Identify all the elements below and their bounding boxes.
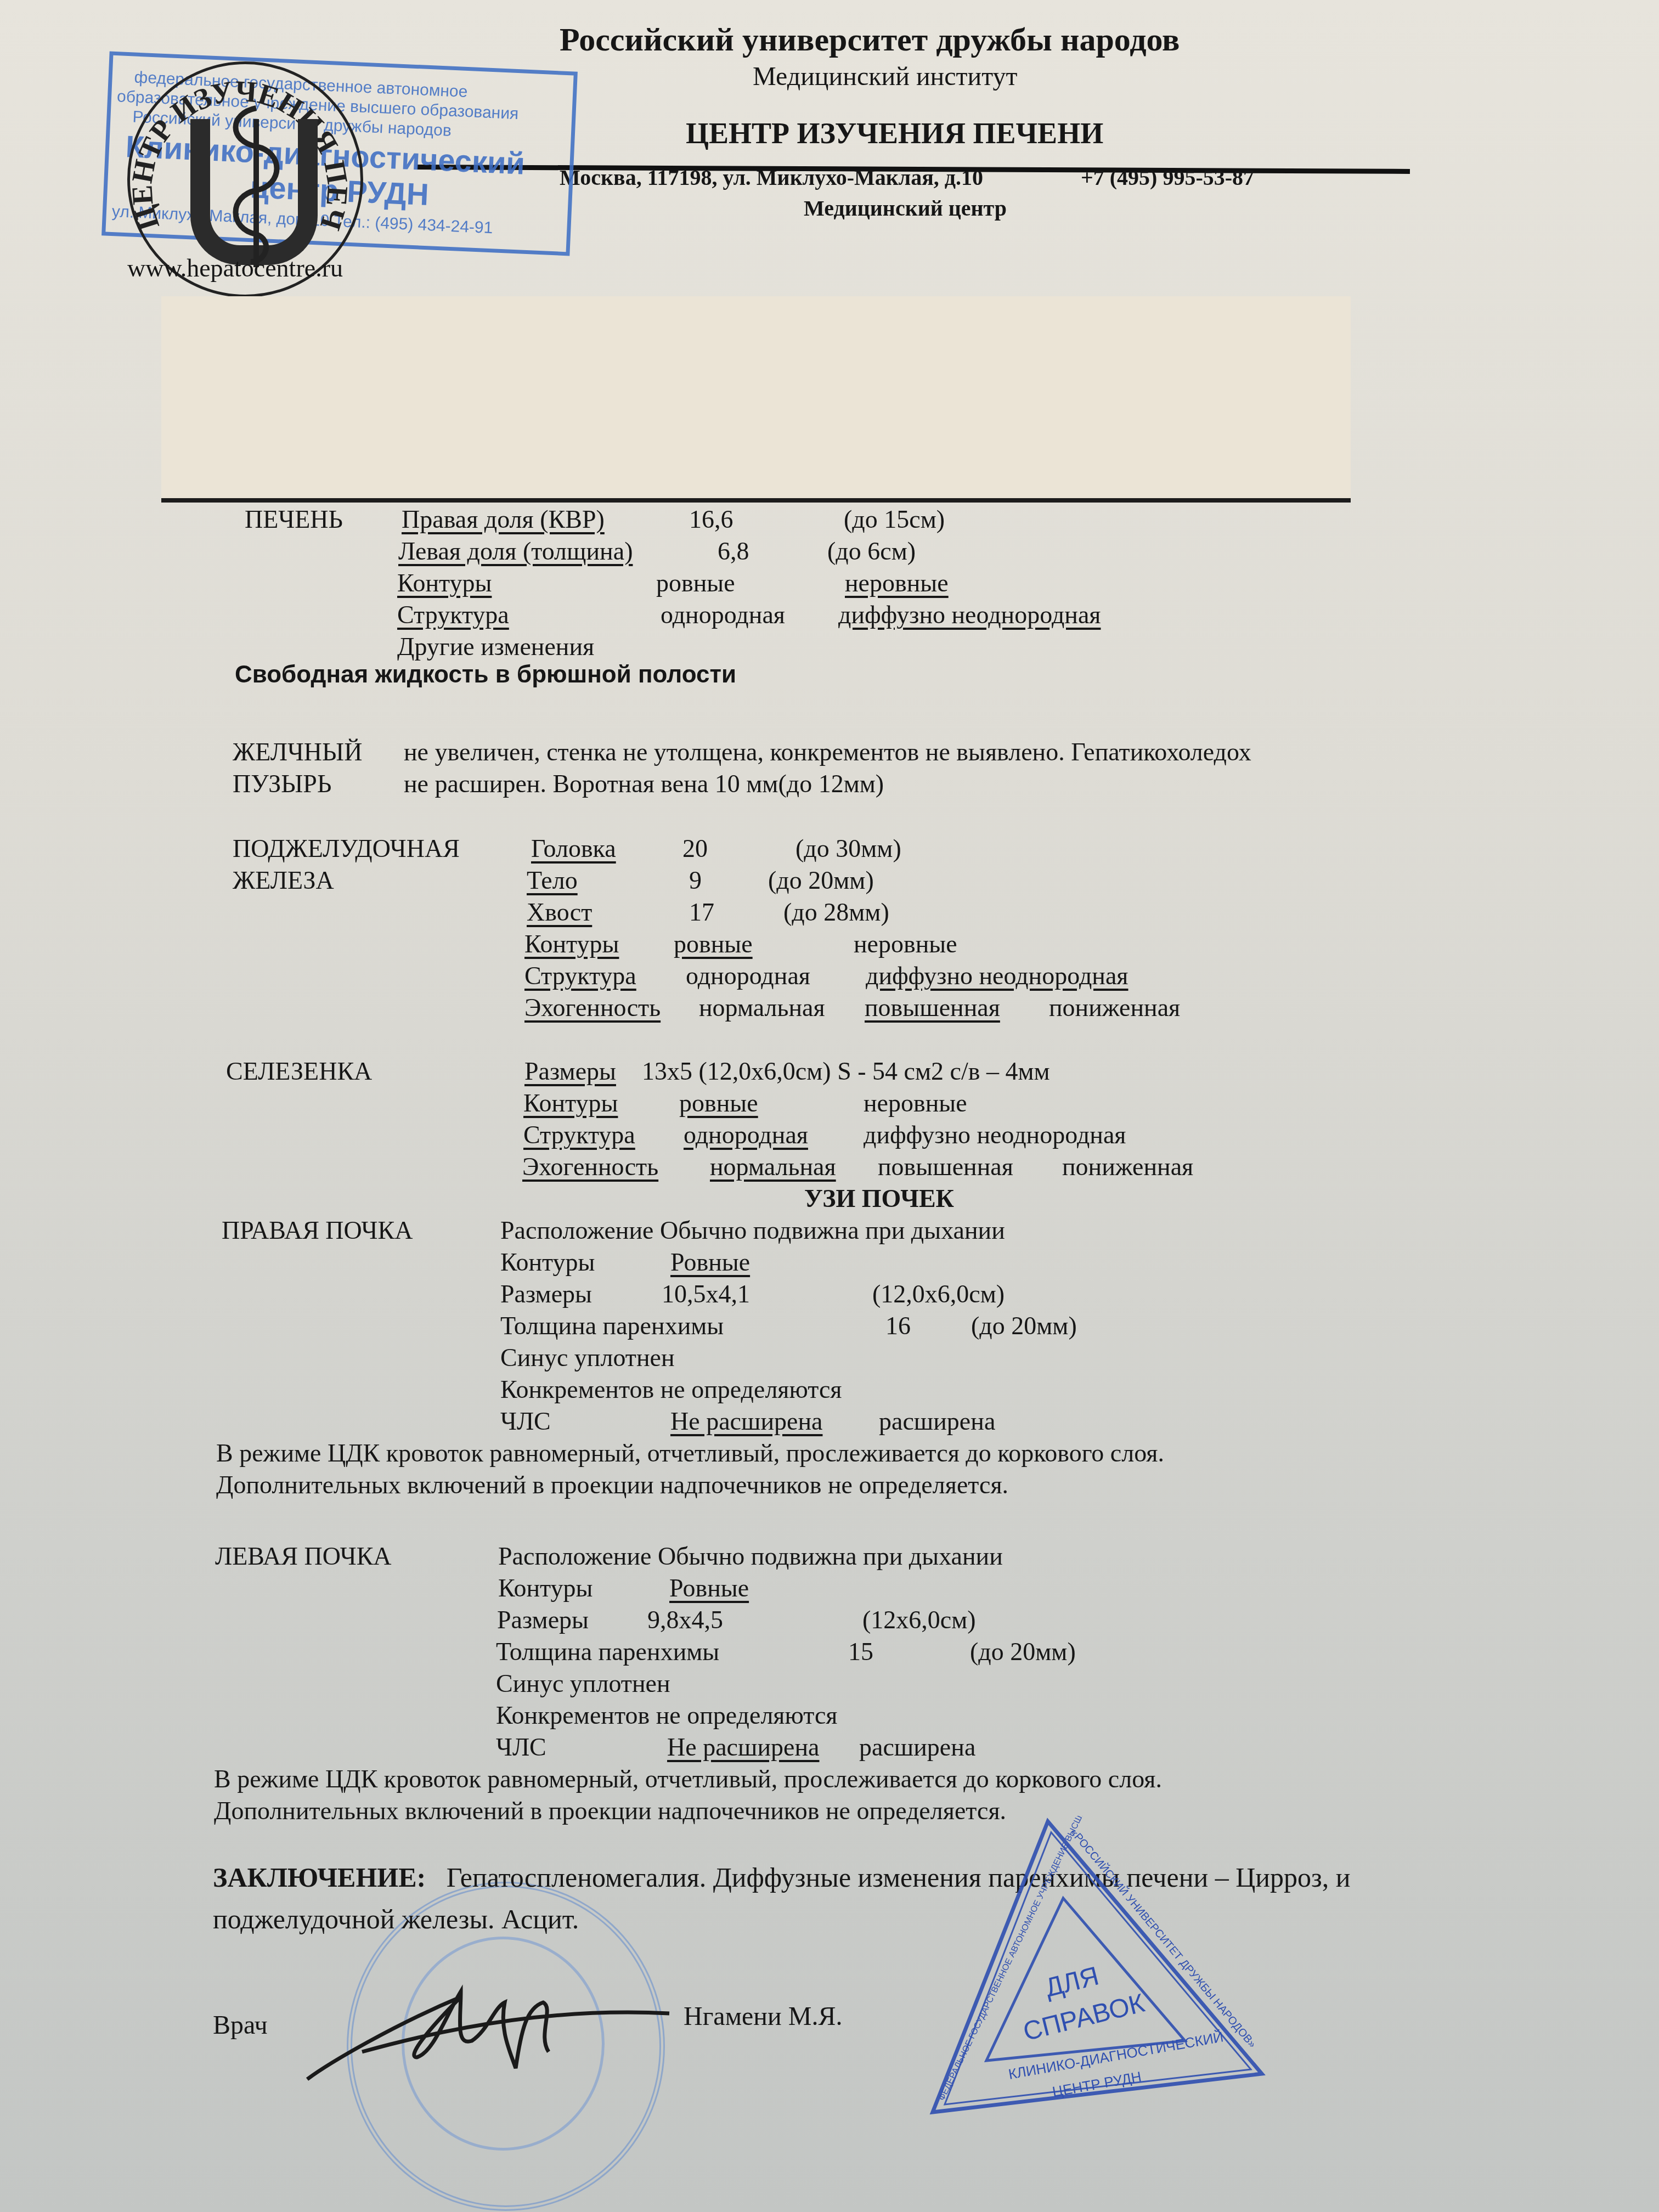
pancreas-tail-norm: (до 28мм) xyxy=(783,896,889,928)
left-kidney-sinus: Синус уплотнен xyxy=(496,1668,670,1700)
spleen-echo-label: Эхогенность xyxy=(522,1151,658,1183)
liver-structure-label: Структура xyxy=(397,599,509,631)
left-kidney-doppler-text: В режиме ЦДК кровоток равномерный, отчет… xyxy=(214,1763,1162,1795)
spleen-echo-option-selected: нормальная xyxy=(710,1151,836,1183)
section-gallbladder-label-2: ПУЗЫРЬ xyxy=(233,768,331,800)
institute-name: Медицинский институт xyxy=(753,61,1018,92)
gallbladder-text-line2: не расширен. Воротная вена 10 мм(до 12мм… xyxy=(404,768,884,800)
right-kidney-size-norm: (12,0х6,0см) xyxy=(872,1278,1005,1310)
section-gallbladder-label: ЖЕЛЧНЫЙ xyxy=(233,736,362,768)
spleen-structure-option: диффузно неоднородная xyxy=(864,1119,1126,1151)
left-kidney-size-label: Размеры xyxy=(497,1604,589,1636)
liver-contours-label: Контуры xyxy=(397,567,492,599)
right-kidney-adrenal-text: Дополнительных включений в проекции надп… xyxy=(216,1469,1008,1501)
spleen-structure-label: Структура xyxy=(523,1119,635,1151)
address: Москва, 117198, ул. Миклухо-Маклая, д.10 xyxy=(560,165,983,190)
pancreas-body-label: Тело xyxy=(527,865,578,896)
triangle-reference-stamp: ДЛЯ СПРАВОК КЛИНИКО-ДИАГНОСТИЧЕСКИЙ ЦЕНТ… xyxy=(922,1816,1273,2123)
liver-right-lobe-label: Правая доля (КВР) xyxy=(402,504,605,535)
conclusion-label: ЗАКЛЮЧЕНИЕ: xyxy=(213,1862,426,1893)
left-kidney-contours-value: Ровные xyxy=(669,1572,749,1604)
liver-left-lobe-norm: (до 6см) xyxy=(827,535,916,567)
spleen-echo-option: пониженная xyxy=(1062,1151,1193,1183)
right-kidney-cls-option: расширена xyxy=(879,1406,995,1437)
liver-left-lobe-label: Левая доля (толщина) xyxy=(398,535,633,567)
website-link[interactable]: www.hepatocentre.ru xyxy=(127,253,343,283)
spleen-contours-option: неровные xyxy=(864,1087,967,1119)
pancreas-head-norm: (до 30мм) xyxy=(795,833,901,865)
svg-text:ЦЕНТР РУДН: ЦЕНТР РУДН xyxy=(1051,2068,1143,2100)
right-kidney-size-value: 10,5х4,1 xyxy=(662,1278,750,1310)
medical-center-label: Медицинский центр xyxy=(804,195,1007,221)
pancreas-echo-label: Эхогенность xyxy=(524,992,661,1024)
right-kidney-contours-value: Ровные xyxy=(670,1246,750,1278)
right-kidney-size-label: Размеры xyxy=(500,1278,592,1310)
spleen-contours-option-selected: ровные xyxy=(679,1087,758,1119)
liver-left-lobe-value: 6,8 xyxy=(718,535,749,567)
right-kidney-stones: Конкрементов не определяются xyxy=(500,1374,842,1406)
pancreas-head-label: Головка xyxy=(531,833,616,865)
right-kidney-parenchyma-norm: (до 20мм) xyxy=(971,1310,1077,1342)
phone: +7 (495) 995-53-87 xyxy=(1081,165,1254,190)
pancreas-structure-label: Структура xyxy=(524,960,636,992)
pancreas-echo-option-selected: повышенная xyxy=(865,992,1000,1024)
right-kidney-position: Расположение Обычно подвижна при дыхании xyxy=(500,1215,1005,1246)
right-kidney-doppler-text: В режиме ЦДК кровоток равномерный, отчет… xyxy=(216,1437,1164,1469)
svg-text:СПРАВОК: СПРАВОК xyxy=(1020,1989,1148,2047)
conclusion-line2: поджелудочной железы. Асцит. xyxy=(213,1901,579,1937)
pancreas-tail-value: 17 xyxy=(689,896,714,928)
pancreas-contours-option-selected: ровные xyxy=(674,928,753,960)
left-kidney-cls-option: расширена xyxy=(859,1731,975,1763)
liver-structure-option: однородная xyxy=(661,599,785,631)
left-kidney-parenchyma-value: 15 xyxy=(848,1636,873,1668)
right-kidney-contours-label: Контуры xyxy=(500,1246,595,1278)
left-kidney-size-norm: (12х6,0см) xyxy=(862,1604,976,1636)
svg-text:ДЛЯ: ДЛЯ xyxy=(1042,1961,1102,2002)
pancreas-echo-option: пониженная xyxy=(1049,992,1180,1024)
left-kidney-size-value: 9,8х4,5 xyxy=(647,1604,723,1636)
right-kidney-parenchyma-value: 16 xyxy=(885,1310,911,1342)
left-kidney-adrenal-text: Дополнительных включений в проекции надп… xyxy=(214,1795,1006,1827)
liver-right-lobe-norm: (до 15см) xyxy=(844,504,945,535)
gallbladder-text-line1: не увеличен, стенка не утолщена, конкрем… xyxy=(404,736,1251,768)
liver-other-changes: Другие изменения xyxy=(397,631,594,663)
left-kidney-cls-option-selected: Не расширена xyxy=(667,1731,819,1763)
doctor-role-label: Врач xyxy=(213,2010,268,2040)
kidneys-section-title: УЗИ ПОЧЕК xyxy=(804,1183,954,1215)
left-kidney-stones: Конкрементов не определяются xyxy=(496,1700,838,1731)
signature-icon xyxy=(296,1975,691,2096)
section-liver-label: ПЕЧЕНЬ xyxy=(245,504,343,535)
section-left-kidney-label: ЛЕВАЯ ПОЧКА xyxy=(215,1541,392,1572)
liver-structure-option-selected: диффузно неоднородная xyxy=(838,599,1101,631)
right-kidney-sinus: Синус уплотнен xyxy=(500,1342,675,1374)
spleen-contours-label: Контуры xyxy=(523,1087,618,1119)
doctor-name: Нгамени М.Я. xyxy=(684,2001,842,2032)
left-kidney-parenchyma-label: Толщина паренхимы xyxy=(496,1636,719,1668)
pancreas-tail-label: Хвост xyxy=(527,896,592,928)
section-pancreas-label-2: ЖЕЛЕЗА xyxy=(233,865,334,896)
right-kidney-parenchyma-label: Толщина паренхимы xyxy=(500,1310,724,1342)
left-kidney-contours-label: Контуры xyxy=(498,1572,592,1604)
spleen-size-label: Размеры xyxy=(524,1056,616,1087)
center-name: ЦЕНТР ИЗУЧЕНИЯ ПЕЧЕНИ xyxy=(686,116,1103,150)
left-kidney-position: Расположение Обычно подвижна при дыхании xyxy=(498,1541,1003,1572)
spleen-size-value: 13х5 (12,0х6,0см) S - 54 см2 с/в – 4мм xyxy=(642,1056,1050,1087)
right-kidney-cls-label: ЧЛС xyxy=(500,1406,551,1437)
logo-snake-icon xyxy=(223,103,289,267)
spleen-structure-option-selected: однородная xyxy=(684,1119,808,1151)
liver-contours-option-selected: неровные xyxy=(845,567,949,599)
spleen-echo-option: повышенная xyxy=(878,1151,1013,1183)
section-spleen-label: СЕЛЕЗЕНКА xyxy=(226,1056,372,1087)
left-kidney-cls-label: ЧЛС xyxy=(496,1731,546,1763)
pancreas-body-value: 9 xyxy=(689,865,702,896)
pancreas-contours-label: Контуры xyxy=(524,928,619,960)
pancreas-contours-option: неровные xyxy=(854,928,957,960)
liver-right-lobe-value: 16,6 xyxy=(689,504,733,535)
section-right-kidney-label: ПРАВАЯ ПОЧКА xyxy=(222,1215,413,1246)
section-pancreas-label: ПОДЖЕЛУДОЧНАЯ xyxy=(233,833,460,865)
pancreas-head-value: 20 xyxy=(682,833,708,865)
pancreas-structure-option-selected: диффузно неоднородная xyxy=(866,960,1128,992)
right-kidney-cls-option-selected: Не расширена xyxy=(670,1406,822,1437)
pancreas-structure-option: однородная xyxy=(686,960,810,992)
pancreas-echo-option: нормальная xyxy=(699,992,825,1024)
university-title: Российский университет дружбы народов xyxy=(560,21,1180,59)
redacted-patient-info xyxy=(161,296,1351,503)
left-kidney-parenchyma-norm: (до 20мм) xyxy=(970,1636,1076,1668)
free-fluid-heading: Свободная жидкость в брюшной полости xyxy=(235,659,736,690)
liver-contours-option: ровные xyxy=(656,567,735,599)
pancreas-body-norm: (до 20мм) xyxy=(768,865,874,896)
